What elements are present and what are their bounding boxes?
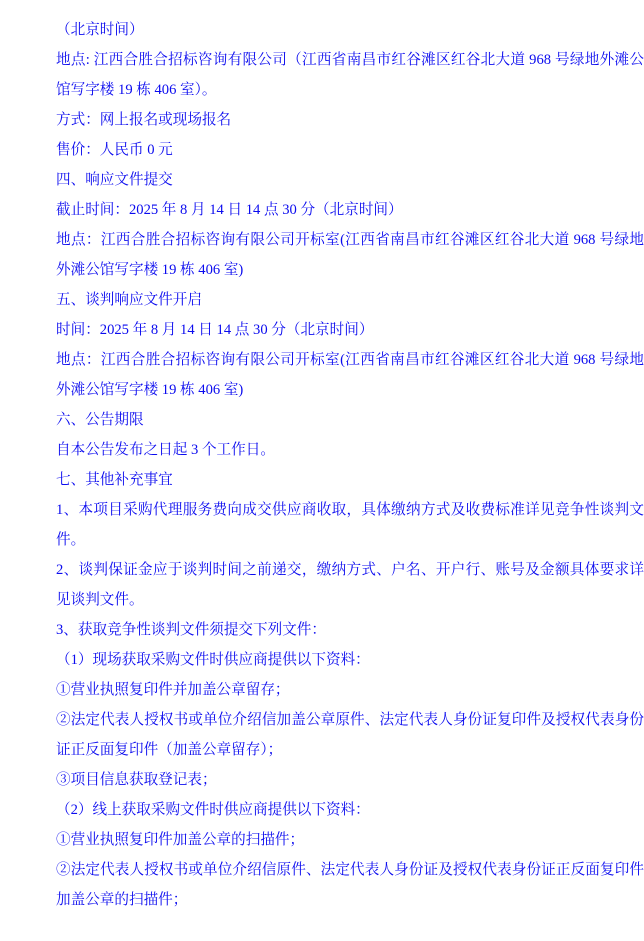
announcement-document-page: （北京时间） 地点: 江西合胜合招标咨询有限公司（江西省南昌市红谷滩区红谷北大道… bbox=[0, 0, 644, 941]
section-heading-announcement-period: 六、公告期限 bbox=[56, 405, 644, 435]
text-onsite-material-3: ③项目信息获取登记表； bbox=[56, 765, 644, 795]
text-item-3-document-requirements: 3、获取竞争性谈判文件须提交下列文件： bbox=[56, 615, 644, 645]
text-submission-deadline: 截止时间：2025 年 8 月 14 日 14 点 30 分（北京时间） bbox=[56, 195, 644, 225]
text-opening-location: 地点：江西合胜合招标咨询有限公司开标室(江西省南昌市红谷滩区红谷北大道 968 … bbox=[56, 345, 644, 405]
section-heading-response-submission: 四、响应文件提交 bbox=[56, 165, 644, 195]
section-heading-response-opening: 五、谈判响应文件开启 bbox=[56, 285, 644, 315]
text-onsite-material-1: ①营业执照复印件并加盖公章留存； bbox=[56, 675, 644, 705]
text-item-3-2-online-heading: （2）线上获取采购文件时供应商提供以下资料： bbox=[56, 795, 644, 825]
text-item-1-agency-fee: 1、本项目采购代理服务费向成交供应商收取，具体缴纳方式及收费标准详见竞争性谈判文… bbox=[56, 495, 644, 555]
text-opening-time: 时间：2025 年 8 月 14 日 14 点 30 分（北京时间） bbox=[56, 315, 644, 345]
text-submission-location: 地点：江西合胜合招标咨询有限公司开标室(江西省南昌市红谷滩区红谷北大道 968 … bbox=[56, 225, 644, 285]
text-online-material-1: ①营业执照复印件加盖公章的扫描件； bbox=[56, 825, 644, 855]
section-heading-other-matters: 七、其他补充事宜 bbox=[56, 465, 644, 495]
text-onsite-material-2: ②法定代表人授权书或单位介绍信加盖公章原件、法定代表人身份证复印件及授权代表身份… bbox=[56, 705, 644, 765]
text-beijing-time-note: （北京时间） bbox=[56, 15, 644, 45]
text-document-acquisition-location: 地点: 江西合胜合招标咨询有限公司（江西省南昌市红谷滩区红谷北大道 968 号绿… bbox=[56, 45, 644, 105]
text-item-2-deposit: 2、谈判保证金应于谈判时间之前递交，缴纳方式、户名、开户行、账号及金额具体要求详… bbox=[56, 555, 644, 615]
text-document-price: 售价：人民币 0 元 bbox=[56, 135, 644, 165]
text-item-3-1-onsite-heading: （1）现场获取采购文件时供应商提供以下资料： bbox=[56, 645, 644, 675]
text-announcement-period: 自本公告发布之日起 3 个工作日。 bbox=[56, 435, 644, 465]
announcement-body: （北京时间） 地点: 江西合胜合招标咨询有限公司（江西省南昌市红谷滩区红谷北大道… bbox=[56, 15, 644, 915]
text-online-material-2: ②法定代表人授权书或单位介绍信原件、法定代表人身份证及授权代表身份证正反面复印件… bbox=[56, 855, 644, 915]
text-registration-method: 方式：网上报名或现场报名 bbox=[56, 105, 644, 135]
